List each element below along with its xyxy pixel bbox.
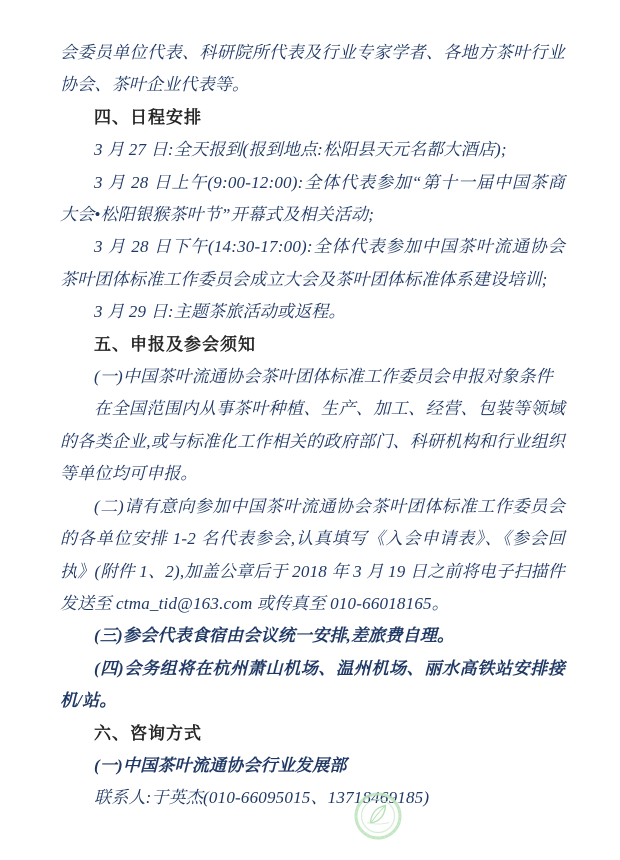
paragraph: (二)请有意向参加中国茶叶流通协会茶叶团体标准工作委员会的各单位安排 1-2 名… [60,491,565,621]
paragraph: 3 月 27 日:全天报到(报到地点:松阳县天元名都大酒店); [60,134,565,166]
document-page: 会委员单位代表、科研院所代表及行业专家学者、各地方茶叶行业协会、茶叶企业代表等。… [0,0,620,860]
document-body: 会委员单位代表、科研院所代表及行业专家学者、各地方茶叶行业协会、茶叶企业代表等。… [60,37,565,815]
paragraph: 3 月 28 日下午(14:30-17:00):全体代表参加中国茶叶流通协会茶叶… [60,231,565,296]
paragraph: (一)中国茶叶流通协会行业发展部 [60,750,565,782]
paragraph: (三)参会代表食宿由会议统一安排,差旅费自理。 [60,620,565,652]
paragraph: (一)中国茶叶流通协会茶叶团体标准工作委员会申报对象条件 [60,361,565,393]
paragraph: 3 月 29 日:主题茶旅活动或返程。 [60,296,565,328]
section-heading: 四、日程安排 [60,102,565,134]
paragraph: 联系人:于英杰(010-66095015、13718469185) [60,782,565,814]
section-heading: 五、申报及参会须知 [60,329,565,361]
paragraph: 在全国范围内从事茶叶种植、生产、加工、经营、包装等领域的各类企业,或与标准化工作… [60,393,565,490]
section-heading: 六、咨询方式 [60,718,565,750]
paragraph: (四)会务组将在杭州萧山机场、温州机场、丽水高铁站安排接机/站。 [60,653,565,718]
paragraph: 3 月 28 日上午(9:00-12:00):全体代表参加“第十一届中国茶商大会… [60,167,565,232]
paragraph: 会委员单位代表、科研院所代表及行业专家学者、各地方茶叶行业协会、茶叶企业代表等。 [60,37,565,102]
